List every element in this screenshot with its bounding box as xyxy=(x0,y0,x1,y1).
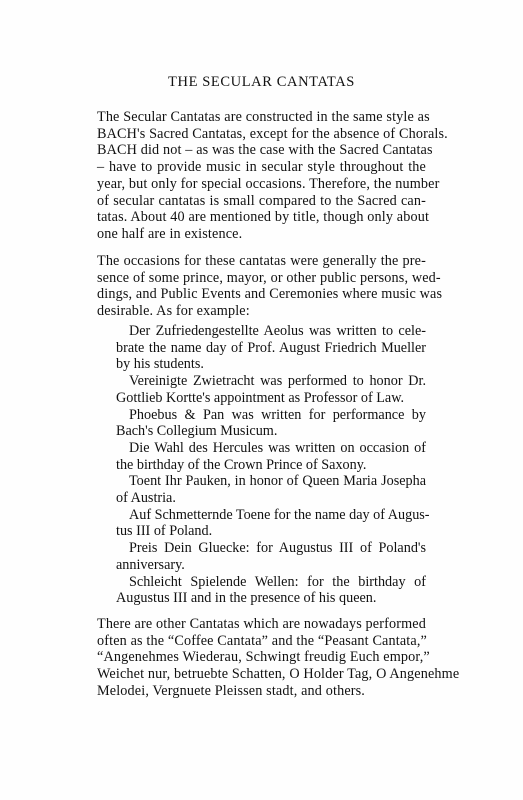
paragraph-other-cantatas: There are other Cantatas which are nowad… xyxy=(97,616,426,700)
text-line: of secular cantatas is small compared to… xyxy=(97,193,426,210)
text-line: Der Zufriedengestellte Aeolus was writte… xyxy=(116,323,426,340)
text-line: – have to provide music in secular style… xyxy=(97,159,426,176)
text-line: sence of some prince, mayor, or other pu… xyxy=(97,270,426,287)
text-line: Toent Ihr Pauken, in honor of Queen Mari… xyxy=(116,473,426,490)
text-line: anniversary. xyxy=(116,557,426,574)
text-line: Bach's Collegium Musicum. xyxy=(116,423,426,440)
text-line: The occasions for these cantatas were ge… xyxy=(97,253,426,270)
paragraph-occasions: The occasions for these cantatas were ge… xyxy=(97,253,426,320)
text-line: Die Wahl des Hercules was written on occ… xyxy=(116,440,426,457)
text-line: tatas. About 40 are mentioned by title, … xyxy=(97,209,426,226)
document-page: THE SECULAR CANTATAS The Secular Cantata… xyxy=(0,0,523,800)
text-line: one half are in existence. xyxy=(97,226,426,243)
text-line: Auf Schmetternde Toene for the name day … xyxy=(116,507,426,524)
example-item: Vereinigte Zwietracht was performed to h… xyxy=(116,373,426,406)
paragraph-intro: The Secular Cantatas are constructed in … xyxy=(97,109,426,243)
text-line: of Austria. xyxy=(116,490,426,507)
text-line: “Angenehmes Wiederau, Schwingt freudig E… xyxy=(97,649,426,666)
text-line: tus III of Poland. xyxy=(116,523,426,540)
text-line: Melodei, Vergnuete Pleissen stadt, and o… xyxy=(97,683,426,700)
text-line: often as the “Coffee Cantata” and the “P… xyxy=(97,633,426,650)
text-line: Weichet nur, betruebte Schatten, O Holde… xyxy=(97,666,426,683)
example-item: Phoebus & Pan was written for performanc… xyxy=(116,407,426,440)
example-item: Die Wahl des Hercules was written on occ… xyxy=(116,440,426,473)
text-line: Augustus III and in the presence of his … xyxy=(116,590,426,607)
text-line: the birthday of the Crown Prince of Saxo… xyxy=(116,457,426,474)
text-line: dings, and Public Events and Ceremonies … xyxy=(97,286,426,303)
page-title: THE SECULAR CANTATAS xyxy=(0,74,523,91)
example-item: Toent Ihr Pauken, in honor of Queen Mari… xyxy=(116,473,426,506)
text-line: by his students. xyxy=(116,356,426,373)
example-item: Auf Schmetternde Toene for the name day … xyxy=(116,507,426,540)
example-item: Preis Dein Gluecke: for Augustus III of … xyxy=(116,540,426,573)
text-line: Gottlieb Kortte's appointment as Profess… xyxy=(116,390,426,407)
text-line: There are other Cantatas which are nowad… xyxy=(97,616,426,633)
text-line: Preis Dein Gluecke: for Augustus III of … xyxy=(116,540,426,557)
text-line: brate the name day of Prof. August Fried… xyxy=(116,340,426,357)
text-line: BACH's Sacred Cantatas, except for the a… xyxy=(97,126,426,143)
text-line: Phoebus & Pan was written for performanc… xyxy=(116,407,426,424)
text-line: The Secular Cantatas are constructed in … xyxy=(97,109,426,126)
text-line: desirable. As for example: xyxy=(97,303,426,320)
example-item: Schleicht Spielende Wellen: for the birt… xyxy=(116,574,426,607)
text-line: Schleicht Spielende Wellen: for the birt… xyxy=(116,574,426,591)
text-line: year, but only for special occasions. Th… xyxy=(97,176,426,193)
example-item: Der Zufriedengestellte Aeolus was writte… xyxy=(116,323,426,373)
examples-list: Der Zufriedengestellte Aeolus was writte… xyxy=(116,323,426,607)
text-line: Vereinigte Zwietracht was performed to h… xyxy=(116,373,426,390)
text-line: BACH did not – as was the case with the … xyxy=(97,142,426,159)
